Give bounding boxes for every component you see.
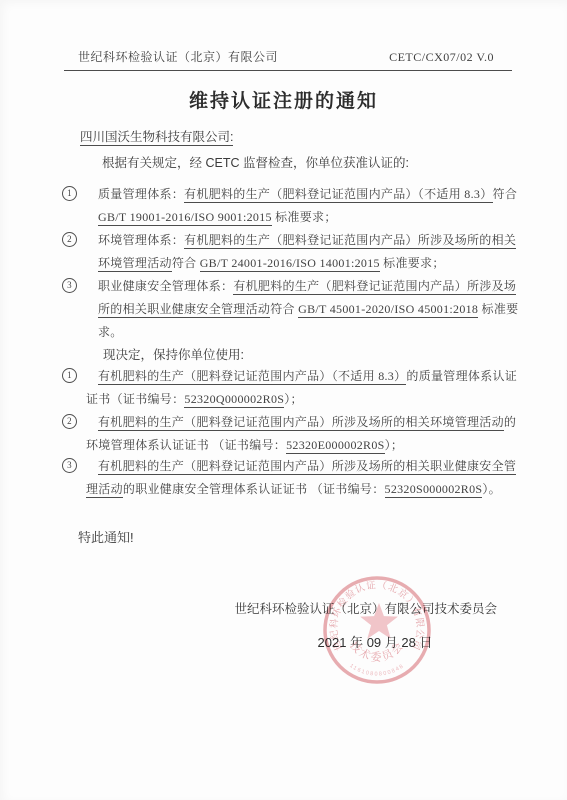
header-company-name: 世纪科环检验认证（北京）有限公司 [78, 48, 278, 65]
recipient-company-name: 四川国沃生物科技有限公司: [80, 130, 233, 146]
text-segment: 职业健康安全管理体系： [98, 279, 233, 293]
text-segment: 求。 [98, 325, 123, 339]
item-text-line: 理活动的职业健康安全管理体系认证证书 （证书编号：52320S000002R0S… [86, 481, 516, 504]
item-marker-circled-1: 1 [62, 186, 77, 201]
text-segment: 标准要 [478, 302, 518, 316]
red-seal-stamp: 世纪科环检验认证（北京）有限公司 技术委员会 1161080800848 [302, 555, 452, 705]
signature-date: 2021 年 09 月 28 日 [300, 632, 450, 651]
underlined-text-segment: 52320S000002R0S [385, 482, 483, 498]
item-marker-circled-2: 2 [62, 232, 77, 247]
text-segment: 标准要求； [380, 256, 445, 270]
underlined-text-segment: 有机肥料的生产（肥料登记证范围内产品）所涉及场所的相关 [184, 233, 516, 249]
seal-graphic: 世纪科环检验认证（北京）有限公司 技术委员会 1161080800848 [302, 555, 452, 705]
underlined-text-segment: 理活动 [86, 482, 123, 498]
text-segment: ）； [385, 438, 404, 452]
certificate-item: 1 有机肥料的生产（肥料登记证范围内产品）（不适用 8.3）的质量管理体系认证 … [98, 368, 517, 414]
text-segment: 符合 [270, 302, 298, 316]
underlined-text-segment: 52320Q000002R0S [184, 392, 284, 408]
certified-system-item: 3 职业健康安全管理体系：有机肥料的生产（肥料登记证范围内产品）所涉及场 所的相… [98, 278, 518, 347]
item-marker-circled-3: 3 [62, 458, 77, 473]
item-text-line: 有机肥料的生产（肥料登记证范围内产品）所涉及场所的相关职业健康安全管 [98, 458, 516, 481]
certified-system-item: 1 质量管理体系：有机肥料的生产（肥料登记证范围内产品）（不适用 8.3）符合 … [98, 186, 517, 232]
underlined-text-segment: 有机肥料的生产（肥料登记证范围内产品）（不适用 8.3） [184, 187, 492, 203]
decision-lead-line: 现决定，保持你单位使用: [103, 345, 244, 363]
underlined-text-segment: 所的相关职业健康安全管理活动 [98, 302, 270, 318]
underlined-text-segment: 52320E000002R0S [286, 438, 385, 454]
text-segment: 环境管理体系： [98, 233, 184, 247]
seal-ring [325, 578, 429, 682]
seal-serial-number: 1161080800848 [348, 663, 405, 678]
item-text-line: GB/T 19001-2016/ISO 9001:2015 标准要求； [98, 209, 517, 232]
text-segment: 的 [504, 415, 516, 429]
certificate-item: 2 有机肥料的生产（肥料登记证范围内产品）所涉及场所的相关环境管理活动的 环境管… [98, 414, 516, 460]
item-text-line: 有机肥料的生产（肥料登记证范围内产品）所涉及场所的相关环境管理活动的 [98, 414, 516, 437]
closing-line: 特此通知! [78, 527, 134, 546]
text-segment: 质量管理体系： [98, 187, 184, 201]
item-text-line: 求。 [98, 324, 518, 347]
underlined-text-segment: 有机肥料的生产（肥料登记证范围内产品）所涉及场所的相关环境管理活动 [98, 415, 504, 431]
item-text-line: 质量管理体系：有机肥料的生产（肥料登记证范围内产品）（不适用 8.3）符合 [98, 186, 517, 209]
item-marker-circled-3: 3 [62, 278, 77, 293]
text-segment: 的质量管理体系认证 [406, 369, 517, 383]
page-title: 维持认证注册的通知 [0, 86, 567, 113]
underlined-text-segment: 有机肥料的生产（肥料登记证范围内产品）所涉及场 [233, 279, 516, 295]
item-marker-circled-1: 1 [62, 368, 77, 383]
text-segment: 环境管理体系认证证书 （证书编号： [86, 438, 286, 452]
text-segment: 证书（证书编号： [86, 392, 184, 406]
text-segment: 的职业健康安全管理体系认证证书 （证书编号： [123, 482, 385, 496]
underlined-text-segment: 环境管理活动 [98, 256, 172, 272]
recipient-line: 四川国沃生物科技有限公司: [80, 127, 233, 145]
underlined-text-segment: GB/T 45001-2020/ISO 45001:2018 [298, 302, 478, 318]
text-segment: ）； [284, 392, 303, 406]
text-segment: 标准要求； [272, 210, 337, 224]
underlined-text-segment: GB/T 19001-2016/ISO 9001:2015 [98, 210, 272, 226]
item-text-line: 有机肥料的生产（肥料登记证范围内产品）（不适用 8.3）的质量管理体系认证 [98, 368, 517, 391]
signature-committee-name: 世纪科环检验认证（北京）有限公司技术委员会 [234, 599, 497, 617]
item-text-line: 职业健康安全管理体系：有机肥料的生产（肥料登记证范围内产品）所涉及场 [98, 278, 518, 301]
item-text-line: 环境管理体系：有机肥料的生产（肥料登记证范围内产品）所涉及场所的相关 [98, 232, 516, 255]
text-segment: 符合 [493, 187, 518, 201]
underlined-text-segment: GB/T 24001-2016/ISO 14001:2015 [200, 256, 380, 272]
header-doc-code: CETC/CX07/02 V.0 [389, 50, 494, 65]
item-text-line: 环境管理活动符合 GB/T 24001-2016/ISO 14001:2015 … [98, 255, 516, 278]
notice-document-page: 世纪科环检验认证（北京）有限公司 CETC/CX07/02 V.0 维持认证注册… [0, 0, 567, 800]
item-text-line: 环境管理体系认证证书 （证书编号：52320E000002R0S）； [86, 437, 516, 460]
text-segment: ）。 [482, 482, 501, 496]
intro-paragraph: 根据有关规定，经 CETC 监督检查，你单位获准认证的: [102, 153, 409, 171]
item-text-line: 证书（证书编号：52320Q000002R0S）； [86, 391, 517, 414]
underlined-text-segment: 有机肥料的生产（肥料登记证范围内产品）所涉及场所的相关职业健康安全管 [98, 459, 516, 475]
document-header: 世纪科环检验认证（北京）有限公司 CETC/CX07/02 V.0 [64, 48, 512, 71]
text-segment: 符合 [172, 256, 200, 270]
item-marker-circled-2: 2 [62, 414, 77, 429]
underlined-text-segment: 有机肥料的生产（肥料登记证范围内产品）（不适用 8.3） [98, 369, 406, 385]
certificate-item: 3 有机肥料的生产（肥料登记证范围内产品）所涉及场所的相关职业健康安全管 理活动… [98, 458, 516, 504]
item-text-line: 所的相关职业健康安全管理活动符合 GB/T 45001-2020/ISO 450… [98, 301, 518, 324]
certified-system-item: 2 环境管理体系：有机肥料的生产（肥料登记证范围内产品）所涉及场所的相关 环境管… [98, 232, 516, 278]
